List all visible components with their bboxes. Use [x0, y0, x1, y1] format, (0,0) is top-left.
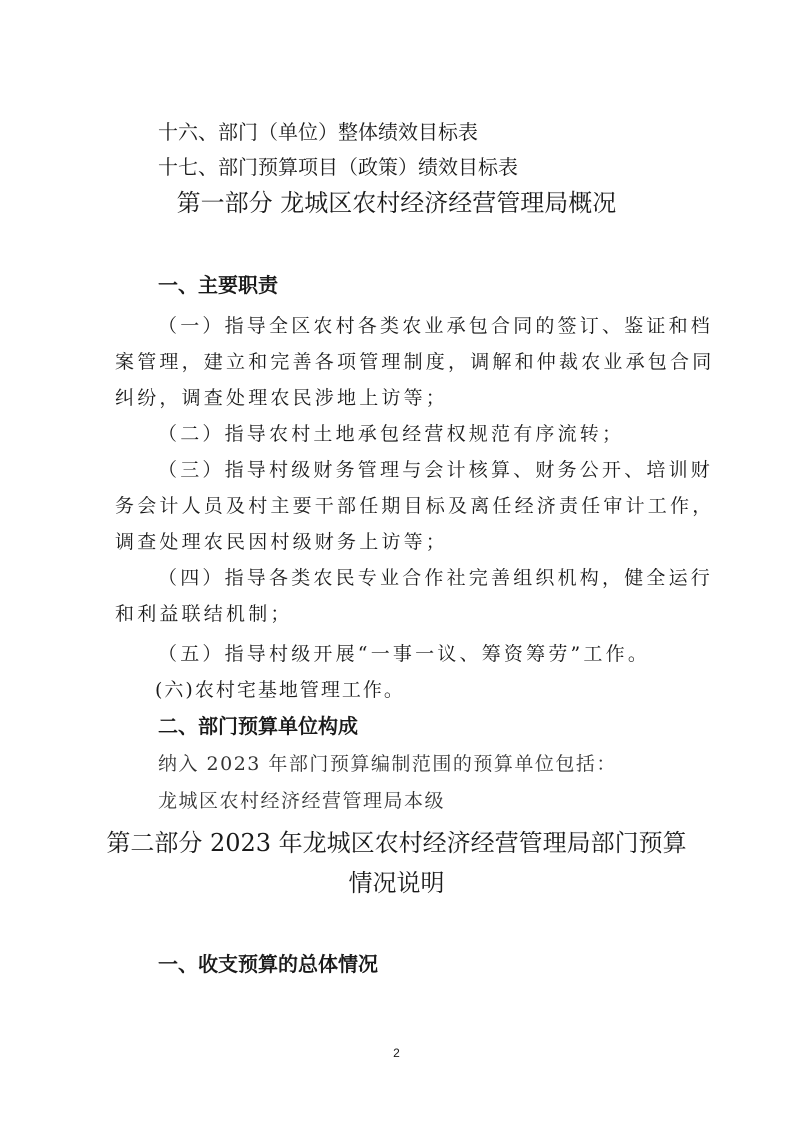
unit-composition-unit: 龙城区农村经济经营管理局本级	[158, 788, 445, 814]
page-number: 2	[0, 1040, 793, 1066]
duty-3-line-1: （三）指导村级财务管理与会计核算、财务公开、培训财	[158, 457, 713, 483]
duty-1-line-2: 案管理，建立和完善各项管理制度，调解和仲裁农业承包合同	[115, 349, 714, 375]
duty-2-line-1: （二）指导农村土地承包经营权规范有序流转；	[158, 421, 624, 447]
part2-title-line-1: 第二部分 2023 年龙城区农村经济经营管理局部门预算	[0, 828, 793, 858]
toc-item-16: 十六、部门（单位）整体绩效目标表	[158, 119, 478, 145]
duty-1-line-1: （一）指导全区农村各类农业承包合同的签订、鉴证和档	[158, 313, 713, 339]
duty-3-line-3: 调查处理农民因村级财务上访等；	[115, 529, 448, 555]
section-heading-unit-composition: 二、部门预算单位构成	[158, 713, 358, 739]
duty-6-line-1: (六)农村宅基地管理工作。	[155, 677, 405, 703]
part1-title: 第一部分 龙城区农村经济经营管理局概况	[0, 188, 793, 218]
duty-4-line-2: 和利益联结机制；	[115, 601, 293, 627]
duty-1-line-3: 纠纷，调查处理农民涉地上访等；	[115, 385, 448, 411]
duty-5-line-1: （五）指导村级开展“一事一议、筹资筹劳”工作。	[158, 641, 650, 667]
part2-title-line-2: 情况说明	[0, 868, 793, 898]
unit-composition-intro: 纳入 2023 年部门预算编制范围的预算单位包括：	[158, 751, 617, 777]
duty-3-line-2: 务会计人员及村主要干部任期目标及离任经济责任审计工作，	[115, 493, 714, 519]
duty-4-line-1: （四）指导各类农民专业合作社完善组织机构，健全运行	[158, 565, 713, 591]
section-heading-main-duties: 一、主要职责	[158, 272, 278, 298]
section-heading-overall-budget: 一、收支预算的总体情况	[158, 951, 378, 977]
toc-item-17: 十七、部门预算项目（政策）绩效目标表	[158, 154, 518, 180]
